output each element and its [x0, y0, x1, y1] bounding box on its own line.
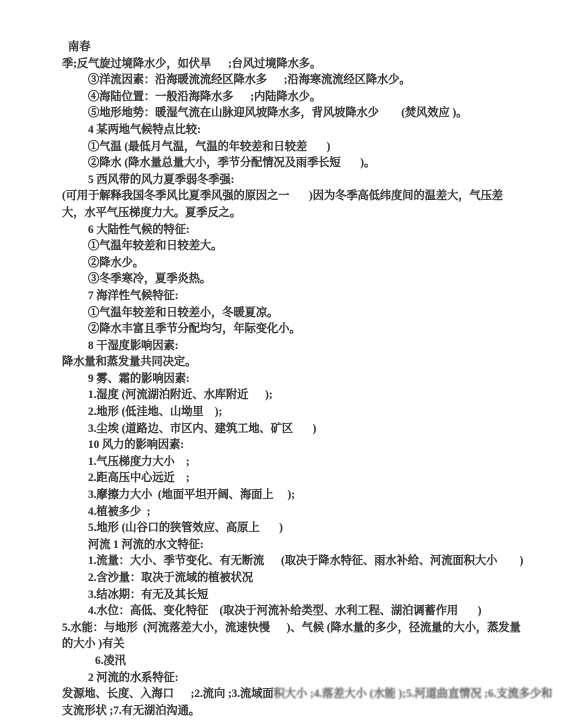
text-line: ②降水少。 [88, 255, 567, 272]
text-segment: 2.地形 (低洼地、山坳里 ); [88, 406, 222, 418]
text-segment: ①气温年较差和日较差小，冬暖夏凉。 [88, 307, 278, 319]
text-segment: 南春 [68, 41, 90, 53]
text-line: 2 河流的水系特征: [88, 670, 567, 687]
text-segment: 5.水能：与地形 (河流落差大小，流速快慢 )、气候 (降水量的多少，径流量的大… [62, 622, 521, 634]
text-line: 4.水位：高低、变化特征 (取决于河流补给类型、水利工程、湖泊调蓄作用 ) [88, 603, 567, 620]
text-segment: 5.地形 (山谷口的狭管效应、高原上 ) [88, 522, 283, 534]
text-segment: 7 海洋性气候特征: [88, 290, 178, 302]
text-segment: ④海陆位置：一般沿海降水多 ;内陆降水少。 [88, 91, 321, 103]
text-line: 河流 1 河流的水文特征: [88, 537, 567, 554]
text-segment: 发源地、长度、入海口 ;2.流向 ;3.流域面 [62, 688, 274, 700]
text-segment: 6 大陆性气候的特征: [88, 224, 190, 236]
text-line: 9 雾、霜的影响因素: [88, 371, 567, 388]
text-line: 3.摩擦力大小 (地面平坦开阔、海面上 ); [88, 487, 567, 504]
text-segment: 支流形状 ;7.有无湖泊沟通。 [62, 705, 200, 717]
text-segment: 3.结冰期：有无及其长短 [88, 589, 208, 601]
text-line: 1.流量：大小、季节变化、有无断流 (取决于降水特征、雨水补给、河流面积大小 ) [88, 553, 567, 570]
text-line: 降水量和蒸发量共同决定。 [62, 354, 567, 371]
text-segment: 的大小 )有关 [62, 638, 124, 650]
text-segment: ①气温年较差和日较差大。 [88, 240, 222, 252]
text-segment: 3.摩擦力大小 (地面平坦开阔、海面上 ); [88, 489, 295, 501]
text-line: ⑤地形地势：暖湿气流在山脉迎风坡降水多，背风坡降水少 (焚风效应 )。 [88, 105, 567, 122]
text-segment: ②降水丰富且季节分配均匀，年际变化小。 [88, 323, 301, 335]
text-line: (可用于解释我国冬季风比夏季风强的原因之一 )因为冬季高低纬度间的温差大，气压差 [62, 188, 567, 205]
text-line: 7 海洋性气候特征: [88, 288, 567, 305]
text-line: 2.含沙量：取决于流域的植被状况 [88, 570, 567, 587]
text-line: 南春 [68, 39, 567, 56]
text-line: 5 西风带的风力夏季弱冬季强: [88, 172, 567, 189]
text-segment: 4.水位：高低、变化特征 (取决于河流补给类型、水利工程、湖泊调蓄作用 ) [88, 605, 481, 617]
text-line: 2.地形 (低洼地、山坳里 ); [88, 404, 567, 421]
text-segment: ⑤地形地势：暖湿气流在山脉迎风坡降水多，背风坡降水少 (焚风效应 )。 [88, 107, 467, 119]
text-line: 大，水平气压梯度力大。夏季反之。 [62, 205, 567, 222]
text-line: 3.尘埃 (道路边、市区内、建筑工地、矿区 ) [88, 421, 567, 438]
text-segment: 2 河流的水系特征: [88, 672, 178, 684]
text-line: 3.结冰期：有无及其长短 [88, 587, 567, 604]
text-line: ②降水 (降水量总量大小，季节分配情况及雨季长短 )。 [88, 155, 567, 172]
text-segment: 降水量和蒸发量共同决定。 [62, 356, 196, 368]
text-line: 发源地、长度、入海口 ;2.流向 ;3.流域面积大小 ;4.落差大小 (水能 )… [62, 686, 567, 703]
text-segment: 3.尘埃 (道路边、市区内、建筑工地、矿区 ) [88, 423, 316, 435]
text-segment: ③冬季寒冷，夏季炎热。 [88, 273, 211, 285]
text-segment: 大，水平气压梯度力大。夏季反之。 [62, 207, 241, 219]
text-segment: 8 干湿度影响因素: [88, 340, 178, 352]
text-line: 6.凌汛 [95, 653, 567, 670]
text-segment: 1.流量：大小、季节变化、有无断流 (取决于降水特征、雨水补给、河流面积大小 ) [88, 555, 523, 567]
text-segment: 10 风力的影响因素: [88, 439, 184, 451]
text-line: 支流形状 ;7.有无湖泊沟通。 [62, 703, 567, 720]
text-segment: 4.植被多少 ; [88, 506, 150, 518]
text-line: 2.距高压中心远近 ; [88, 470, 567, 487]
text-segment: 河流 1 河流的水文特征: [88, 539, 204, 551]
text-line: 的大小 )有关 [62, 636, 567, 653]
text-line: 季;反气旋过境降水少，如伏旱 ;台风过境降水多。 [62, 56, 567, 73]
text-line: 4 某两地气候特点比较: [88, 122, 567, 139]
text-segment: 2.含沙量：取决于流域的植被状况 [88, 572, 253, 584]
text-segment: 季;反气旋过境降水少，如伏旱 ;台风过境降水多。 [62, 58, 321, 70]
text-segment: 5 西风带的风力夏季弱冬季强: [88, 174, 234, 186]
text-segment: ②降水 (降水量总量大小，季节分配情况及雨季长短 )。 [88, 157, 375, 169]
text-line: 8 干湿度影响因素: [88, 338, 567, 355]
text-segment: ②降水少。 [88, 257, 144, 269]
text-segment: 1.湿度 (河流湖泊附近、水库附近 ); [88, 389, 273, 401]
text-line: 4.植被多少 ; [88, 504, 567, 521]
text-segment: 1.气压梯度力大小 ; [88, 456, 190, 468]
text-line: ③洋流因素：沿海暖流流经区降水多 ;沿海寒流流经区降水少。 [88, 72, 567, 89]
text-line: 1.气压梯度力大小 ; [88, 454, 567, 471]
text-line: ①气温年较差和日较差小，冬暖夏凉。 [88, 305, 567, 322]
text-segment: 6.凌汛 [95, 655, 126, 667]
document-page: 南春季;反气旋过境降水少，如伏旱 ;台风过境降水多。③洋流因素：沿海暖流流经区降… [0, 0, 583, 725]
text-segment-degraded: 积大小 ;4.落差大小 (水能 );5.河道曲直情况 ;6.支流多少和 [274, 688, 553, 700]
text-segment: 2.距高压中心远近 ; [88, 472, 190, 484]
text-segment: 4 某两地气候特点比较: [88, 124, 201, 136]
text-line: 5.水能：与地形 (河流落差大小，流速快慢 )、气候 (降水量的多少，径流量的大… [62, 620, 567, 637]
text-segment: 9 雾、霜的影响因素: [88, 373, 190, 385]
text-line: ③冬季寒冷，夏季炎热。 [88, 271, 567, 288]
text-line: ①气温 (最低月气温，气温的年较差和日较差 ) [88, 139, 567, 156]
text-line: ②降水丰富且季节分配均匀，年际变化小。 [88, 321, 567, 338]
text-line: ①气温年较差和日较差大。 [88, 238, 567, 255]
text-line: ④海陆位置：一般沿海降水多 ;内陆降水少。 [88, 89, 567, 106]
text-segment: (可用于解释我国冬季风比夏季风强的原因之一 )因为冬季高低纬度间的温差大，气压差 [62, 190, 503, 202]
text-line: 10 风力的影响因素: [88, 437, 567, 454]
text-line: 5.地形 (山谷口的狭管效应、高原上 ) [88, 520, 567, 537]
text-line: 1.湿度 (河流湖泊附近、水库附近 ); [88, 387, 567, 404]
text-segment: ③洋流因素：沿海暖流流经区降水多 ;沿海寒流流经区降水少。 [88, 74, 411, 86]
text-segment: ①气温 (最低月气温，气温的年较差和日较差 ) [88, 141, 330, 153]
text-line: 6 大陆性气候的特征: [88, 222, 567, 239]
document-body: 南春季;反气旋过境降水少，如伏旱 ;台风过境降水多。③洋流因素：沿海暖流流经区降… [62, 39, 567, 719]
